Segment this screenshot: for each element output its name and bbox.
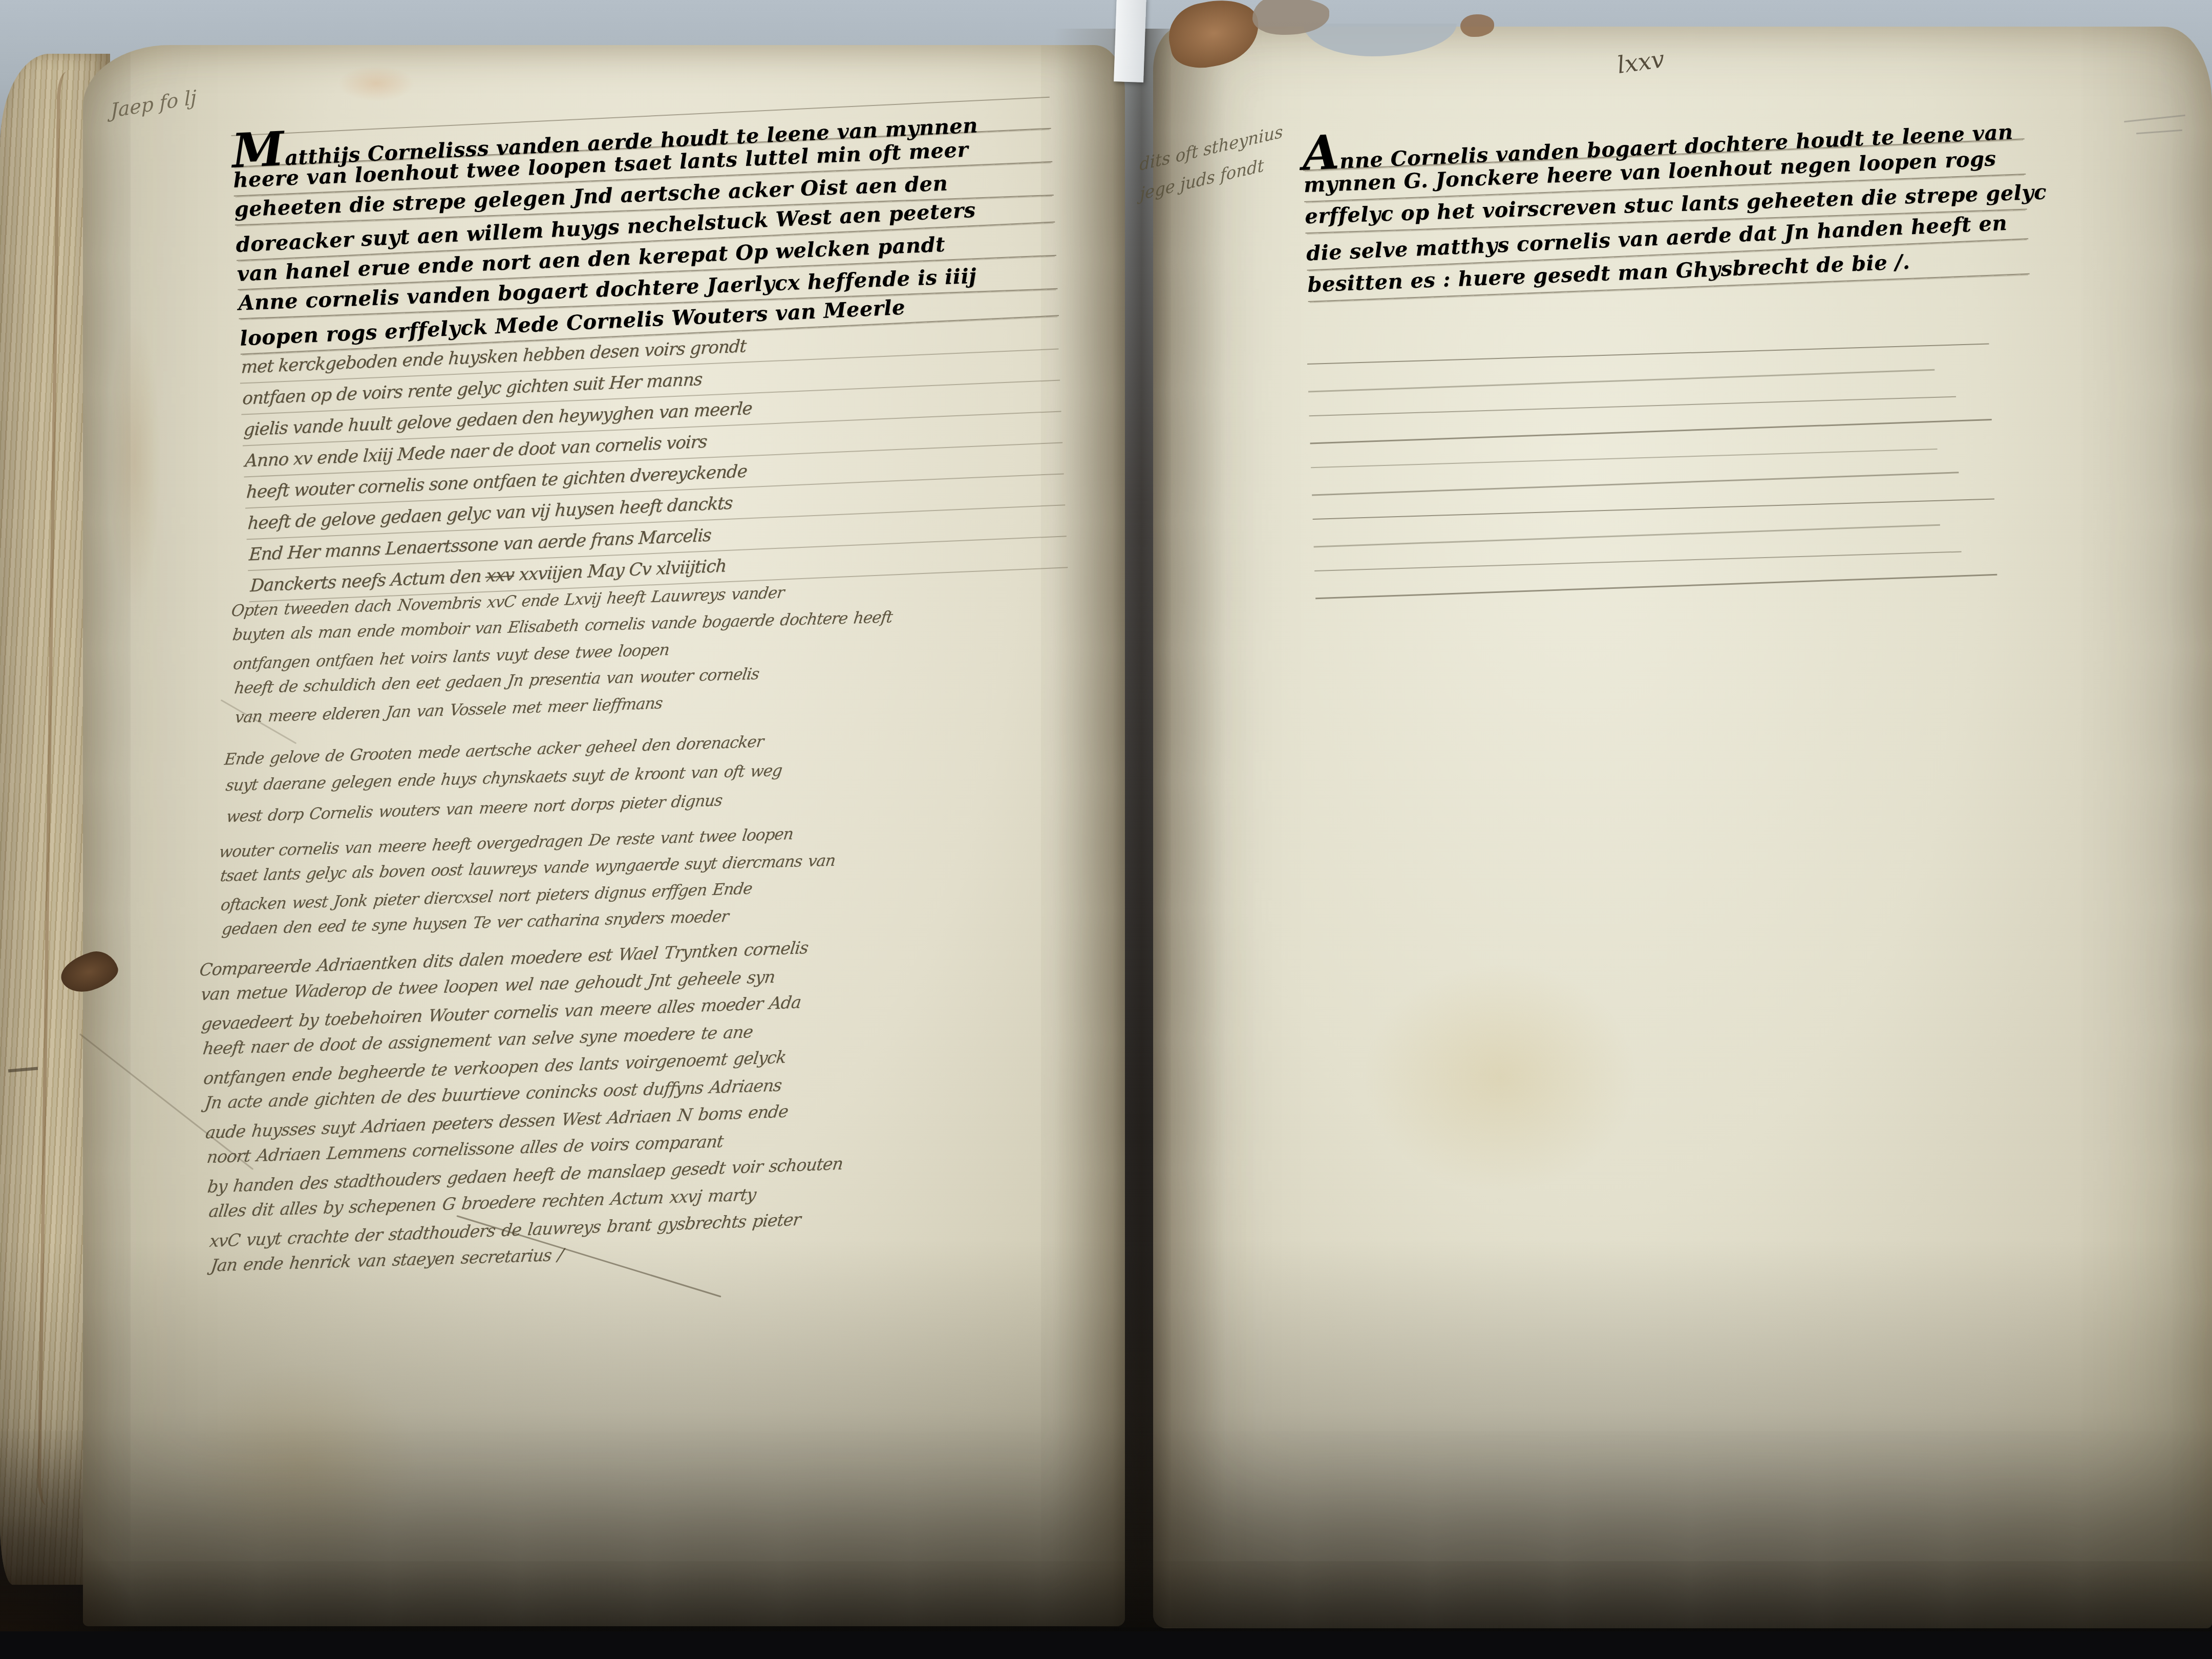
blank-ruled-lines: [1307, 317, 2004, 600]
left-entry-1: Matthijs Cornelisss vanden aerde houdt t…: [231, 99, 1070, 602]
right-entry: Anne Cornelis vanden bogaert dochtere ho…: [1302, 108, 2029, 302]
bookmark-strip: [1114, 0, 1146, 82]
left-entry-2: Opten tweeden dach Novembris xvC ende Lx…: [231, 570, 1075, 731]
photo-open-manuscript-book: { "colors": { "ink": "#3e362a", "ink_cur…: [0, 0, 2212, 1659]
folio-number: lxxv: [1615, 46, 1666, 78]
photo-bottom-edge: [0, 1631, 2212, 1659]
left-entry-5: Compareerde Adriaentken dits dalen moede…: [199, 924, 1081, 1282]
